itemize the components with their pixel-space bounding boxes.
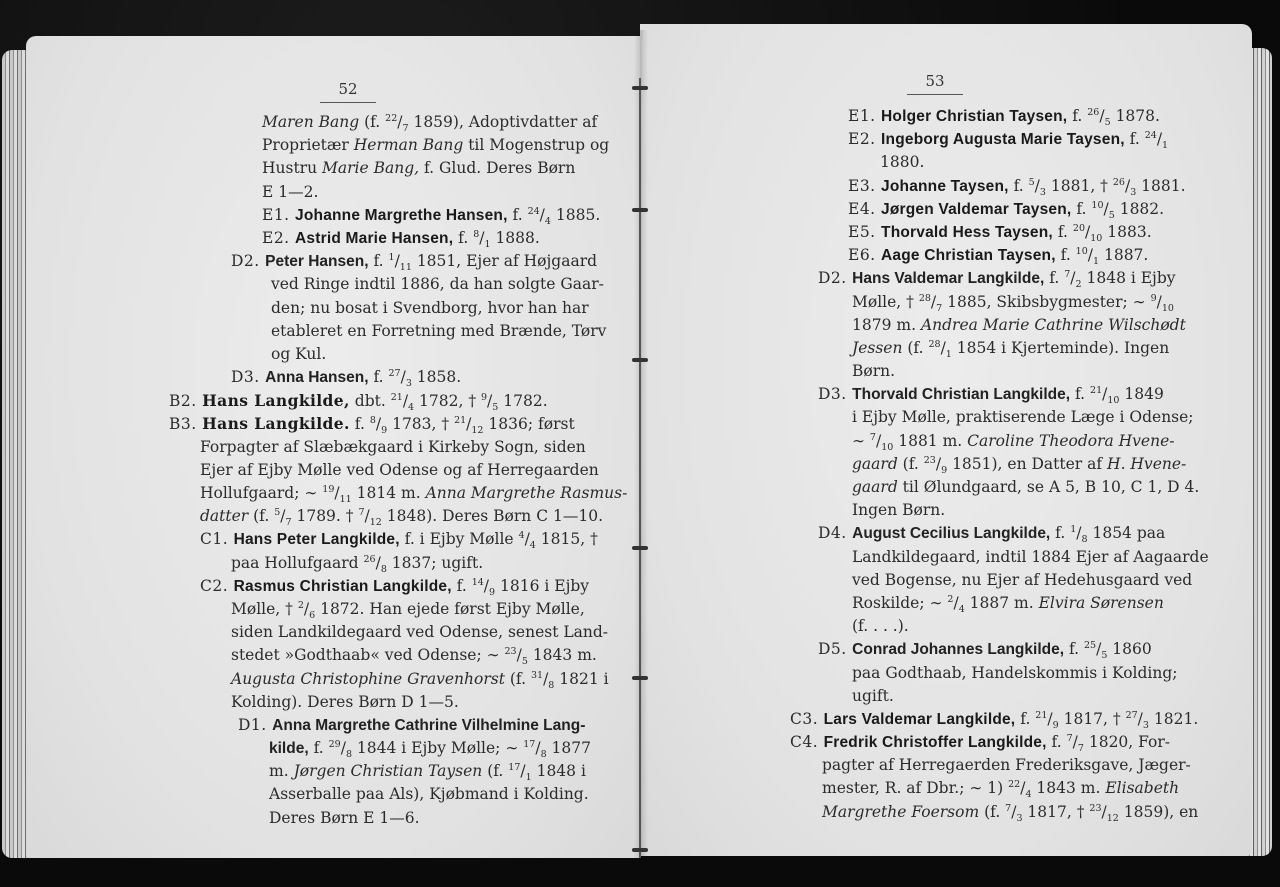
date-fraction: 28/7 <box>919 293 942 311</box>
date-fraction: 24/1 <box>1145 130 1168 148</box>
text-line: Forpagter af Slæbækgaard i Kirkeby Sogn,… <box>26 436 626 459</box>
person-name: Holger Christian Taysen, <box>881 108 1067 125</box>
person-name: Hans Langkilde. <box>202 414 350 433</box>
entry-label: D4. <box>818 524 852 542</box>
text-line: Børn. <box>640 360 1240 383</box>
body-text: (f. <box>482 762 508 780</box>
text-line: E1. Holger Christian Taysen, f. 26/5 187… <box>640 105 1240 128</box>
body-text: 1849 <box>1119 385 1163 403</box>
text-line: gaard (f. 23/9 1851), en Datter af H. Hv… <box>640 453 1240 476</box>
text-line: E1. Johanne Margrethe Hansen, f. 24/4 18… <box>26 204 626 227</box>
body-text: 1815, † <box>536 530 598 548</box>
text-line: D3. Anna Hansen, f. 27/3 1858. <box>26 366 626 389</box>
date-fraction: 7/12 <box>358 507 381 525</box>
body-text: 1854 paa <box>1088 524 1166 542</box>
body-text: dbt. <box>350 392 391 410</box>
body-text: til Mogenstrup og <box>463 136 609 154</box>
date-fraction: 1/11 <box>389 252 412 270</box>
italic-name: Jørgen Christian Taysen <box>294 762 483 780</box>
text-line: Hollufgaard; ∼ 19/11 1814 m. Anna Margre… <box>26 482 626 505</box>
date-fraction: 27/3 <box>1126 710 1149 728</box>
text-line: Deres Børn E 1—6. <box>26 807 626 830</box>
person-name: Conrad Johannes Langkilde, <box>852 641 1064 658</box>
entry-label: D2. <box>231 252 265 270</box>
body-text: 1848). Deres Børn C 1—10. <box>382 507 603 525</box>
text-line: ved Ringe indtil 1886, da han solgte Gaa… <box>26 273 626 296</box>
person-name: Rasmus Christian Langkilde, <box>234 578 452 595</box>
body-text: stedet »Godthaab« ved Odense; ∼ <box>231 646 505 664</box>
person-name: Anna Margrethe Cathrine Vilhelmine Lang- <box>272 717 585 734</box>
body-text: 1872. Han ejede først Ejby Mølle, <box>315 600 585 618</box>
text-line: C2. Rasmus Christian Langkilde, f. 14/9 … <box>26 575 626 598</box>
italic-name: Jessen <box>852 339 902 357</box>
body-text: f. <box>350 415 370 433</box>
body-text: f. <box>1009 177 1029 195</box>
date-fraction: 4/4 <box>519 530 536 548</box>
body-text: (f. <box>248 507 274 525</box>
body-text: (f. <box>505 670 531 688</box>
body-text: Proprietær <box>262 136 354 154</box>
entry-label: D5. <box>818 640 852 658</box>
body-text: (f. <box>902 339 928 357</box>
text-line: C4. Fredrik Christoffer Langkilde, f. 7/… <box>640 731 1240 754</box>
body-text: og Kul. <box>271 345 326 363</box>
date-fraction: 8/9 <box>370 415 387 433</box>
body-text: 1848 i <box>532 762 586 780</box>
body-text: f. <box>1053 223 1073 241</box>
text-line: E2. Astrid Marie Hansen, f. 8/1 1888. <box>26 227 626 250</box>
page-number-left: 52 <box>318 80 378 103</box>
body-text: i Ejby Mølle, praktiserende Læge i Odens… <box>852 408 1194 426</box>
entry-label: E3. <box>848 177 881 195</box>
italic-name: Maren Bang <box>262 113 359 131</box>
body-text: Forpagter af Slæbækgaard i Kirkeby Sogn,… <box>200 438 586 456</box>
date-fraction: 5/3 <box>1029 177 1046 195</box>
body-text: (f. <box>898 455 924 473</box>
text-line: Maren Bang (f. 22/7 1859), Adoptivdatter… <box>26 111 626 134</box>
text-line: m. Jørgen Christian Taysen (f. 17/1 1848… <box>26 760 626 783</box>
body-text: 1859), en <box>1119 803 1198 821</box>
text-line: siden Landkildegaard ved Odense, senest … <box>26 621 626 644</box>
text-line: etableret en Forretning med Brænde, Tørv <box>26 320 626 343</box>
body-text: paa Godthaab, Handelskommis i Kolding; <box>852 664 1178 682</box>
body-text: ugift. <box>852 687 894 705</box>
body-text: 1881 m. <box>893 432 967 450</box>
body-text: 1843 m. <box>1031 779 1105 797</box>
body-text: Hustru <box>262 159 322 177</box>
person-name: Johanne Margrethe Hansen, <box>295 207 508 224</box>
entry-label: B3. <box>169 415 202 433</box>
date-fraction: 10/5 <box>1091 200 1114 218</box>
entry-label: E2. <box>848 130 881 148</box>
body-text: ved Bogense, nu Ejer af Hedehusgaard ved <box>852 571 1192 589</box>
italic-name: gaard <box>852 455 898 473</box>
body-text: 1859), Adoptivdatter af <box>409 113 598 131</box>
date-fraction: 24/4 <box>528 206 551 224</box>
body-text: Mølle, † <box>231 600 298 618</box>
body-text: ved Ringe indtil 1886, da han solgte Gaa… <box>271 275 604 293</box>
text-line: mester, R. af Dbr.; ∼ 1) 22/4 1843 m. El… <box>640 777 1240 800</box>
body-text: f. <box>309 739 329 757</box>
entry-label: E1. <box>848 107 881 125</box>
date-fraction: 7/2 <box>1064 269 1081 287</box>
body-text: f. <box>1070 385 1090 403</box>
date-fraction: 17/8 <box>523 739 546 757</box>
entry-label: E1. <box>262 206 295 224</box>
body-text: pagter af Herregaerden Frederiksgave, Jæ… <box>822 756 1191 774</box>
text-line: Margrethe Foersom (f. 7/3 1817, † 23/12 … <box>640 801 1240 824</box>
italic-name: Elisabeth <box>1105 779 1179 797</box>
entry-label: D1. <box>238 716 272 734</box>
body-text: 1851, Ejer af Højgaard <box>412 252 597 270</box>
body-text: Roskilde; ∼ <box>852 594 947 612</box>
body-text: 1883. <box>1102 223 1151 241</box>
right-page: 53 E1. Holger Christian Taysen, f. 26/5 … <box>640 24 1252 856</box>
person-name: Hans Langkilde, <box>202 391 350 410</box>
date-fraction: 9/10 <box>1151 293 1174 311</box>
text-line: D1. Anna Margrethe Cathrine Vilhelmine L… <box>26 714 626 737</box>
text-line: Kolding). Deres Børn D 1—5. <box>26 691 626 714</box>
body-text: 1817, † <box>1023 803 1090 821</box>
date-fraction: 23/5 <box>505 646 528 664</box>
body-text: Hollufgaard; ∼ <box>200 484 322 502</box>
date-fraction: 1/8 <box>1070 524 1087 542</box>
body-text: 1882. <box>1115 200 1164 218</box>
text-line: 1880. <box>640 151 1240 174</box>
person-name: August Cecilius Langkilde, <box>852 525 1050 542</box>
entry-label: C4. <box>790 733 824 751</box>
text-line: stedet »Godthaab« ved Odense; ∼ 23/5 184… <box>26 644 626 667</box>
body-text: 1881. <box>1136 177 1185 195</box>
body-text: Ingen Børn. <box>852 501 945 519</box>
text-line: Proprietær Herman Bang til Mogenstrup og <box>26 134 626 157</box>
body-text: f. <box>369 252 389 270</box>
text-line: Roskilde; ∼ 2/4 1887 m. Elvira Sørensen <box>640 592 1240 615</box>
binding-knot <box>632 208 648 212</box>
body-text: 1887. <box>1099 246 1148 264</box>
body-text: 1837; ugift. <box>387 554 483 572</box>
date-fraction: 25/5 <box>1084 640 1107 658</box>
body-text: Asserballe paa Als), Kjøbmand i Kolding. <box>269 785 589 803</box>
body-text: paa Hollufgaard <box>231 554 363 572</box>
text-line: Hustru Marie Bang, f. Glud. Deres Børn <box>26 157 626 180</box>
entry-label: E2. <box>262 229 295 247</box>
body-text: til Ølundgaard, se A 5, B 10, C 1, D 4. <box>898 478 1200 496</box>
body-text: 1851), en Datter af <box>947 455 1107 473</box>
text-line: og Kul. <box>26 343 626 366</box>
body-text: 1821 i <box>554 670 608 688</box>
italic-name: Augusta Christophine Gravenhorst <box>231 670 505 688</box>
entry-label: D3. <box>818 385 852 403</box>
text-line: 1879 m. Andrea Marie Cathrine Wilschødt <box>640 314 1240 337</box>
text-line: C3. Lars Valdemar Langkilde, f. 21/9 181… <box>640 708 1240 731</box>
body-text: Børn. <box>852 362 895 380</box>
italic-name: Anna Margrethe Rasmus- <box>426 484 628 502</box>
italic-name: Andrea Marie Cathrine Wilschødt <box>921 316 1186 334</box>
page-number-right: 53 <box>905 72 965 95</box>
body-text: Deres Børn E 1—6. <box>269 809 420 827</box>
body-text: 1783, † <box>387 415 454 433</box>
italic-name: H. Hvene- <box>1107 455 1186 473</box>
date-fraction: 2/4 <box>947 594 964 612</box>
body-text: f. <box>1125 130 1145 148</box>
date-fraction: 20/10 <box>1073 223 1102 241</box>
date-fraction: 22/4 <box>1008 779 1031 797</box>
entry-label: D2. <box>818 269 852 287</box>
entry-label: E5. <box>848 223 881 241</box>
body-text: 1782, † <box>414 392 481 410</box>
text-line: pagter af Herregaerden Frederiksgave, Jæ… <box>640 754 1240 777</box>
text-line: E5. Thorvald Hess Taysen, f. 20/10 1883. <box>640 221 1240 244</box>
date-fraction: 21/12 <box>454 415 483 433</box>
body-text: 1782. <box>498 392 547 410</box>
text-line: B2. Hans Langkilde, dbt. 21/4 1782, † 9/… <box>26 389 626 412</box>
left-page-text: Maren Bang (f. 22/7 1859), Adoptivdatter… <box>26 111 626 830</box>
date-fraction: 31/8 <box>531 670 554 688</box>
entry-label: D3. <box>231 368 265 386</box>
date-fraction: 10/1 <box>1076 246 1099 264</box>
person-name: Jørgen Valdemar Taysen, <box>881 201 1071 218</box>
date-fraction: 5/7 <box>274 507 291 525</box>
person-name: Fredrik Christoffer Langkilde, <box>824 734 1047 751</box>
italic-name: Elvira Sørensen <box>1039 594 1164 612</box>
binding-knot <box>632 86 648 90</box>
binding-thread <box>639 78 641 858</box>
text-line: ∼ 7/10 1881 m. Caroline Theodora Hvene- <box>640 430 1240 453</box>
left-page: 52 Maren Bang (f. 22/7 1859), Adoptivdat… <box>26 36 640 858</box>
text-line: paa Godthaab, Handelskommis i Kolding; <box>640 662 1240 685</box>
text-line: i Ejby Mølle, praktiserende Læge i Odens… <box>640 406 1240 429</box>
body-text: f. <box>1050 524 1070 542</box>
text-line: Augusta Christophine Gravenhorst (f. 31/… <box>26 668 626 691</box>
date-fraction: 2/6 <box>298 600 315 618</box>
person-name: Peter Hansen, <box>265 253 368 270</box>
book-gutter <box>634 30 648 860</box>
binding-knot <box>632 676 648 680</box>
person-name: Hans Peter Langkilde, <box>234 531 400 548</box>
date-fraction: 14/9 <box>472 577 495 595</box>
date-fraction: 26/8 <box>363 554 386 572</box>
body-text: f. Glud. Deres Børn <box>419 159 575 177</box>
text-line: D5. Conrad Johannes Langkilde, f. 25/5 1… <box>640 638 1240 661</box>
body-text: (f. <box>979 803 1005 821</box>
entry-label: C1. <box>200 530 234 548</box>
body-text: mester, R. af Dbr.; ∼ 1) <box>822 779 1008 797</box>
body-text: 1879 m. <box>852 316 921 334</box>
date-fraction: 21/10 <box>1090 385 1119 403</box>
binding-knot <box>632 358 648 362</box>
person-name: Thorvald Hess Taysen, <box>881 224 1053 241</box>
body-text: 1789. † <box>292 507 359 525</box>
date-fraction: 7/7 <box>1067 733 1084 751</box>
body-text: Ejer af Ejby Mølle ved Odense og af Herr… <box>200 461 599 479</box>
text-line: E2. Ingeborg Augusta Marie Taysen, f. 24… <box>640 128 1240 151</box>
date-fraction: 29/8 <box>329 739 352 757</box>
text-line: D3. Thorvald Christian Langkilde, f. 21/… <box>640 383 1240 406</box>
entry-label: E6. <box>848 246 881 264</box>
entry-label: C2. <box>200 577 234 595</box>
person-name: Lars Valdemar Langkilde, <box>824 711 1016 728</box>
entry-label: E4. <box>848 200 881 218</box>
date-fraction: 23/9 <box>924 455 947 473</box>
body-text: siden Landkildegaard ved Odense, senest … <box>231 623 608 641</box>
date-fraction: 21/9 <box>1035 710 1058 728</box>
text-line: datter (f. 5/7 1789. † 7/12 1848). Deres… <box>26 505 626 528</box>
date-fraction: 26/5 <box>1087 107 1110 125</box>
text-line: ugift. <box>640 685 1240 708</box>
body-text: 1885, Skibsbygmester; ∼ <box>942 293 1150 311</box>
body-text: f. <box>1064 640 1084 658</box>
italic-name: datter <box>200 507 248 525</box>
text-line: D4. August Cecilius Langkilde, f. 1/8 18… <box>640 522 1240 545</box>
text-line: Landkildegaard, indtil 1884 Ejer af Aaga… <box>640 546 1240 569</box>
right-page-text: E1. Holger Christian Taysen, f. 26/5 187… <box>640 105 1240 824</box>
body-text: 1820, For- <box>1084 733 1170 751</box>
date-fraction: 17/1 <box>508 762 531 780</box>
entry-label: B2. <box>169 392 202 410</box>
person-name: Anna Hansen, <box>265 369 368 386</box>
text-line: B3. Hans Langkilde. f. 8/9 1783, † 21/12… <box>26 412 626 435</box>
body-text: den; nu bosat i Svendborg, hvor han har <box>271 299 589 317</box>
text-line: Ingen Børn. <box>640 499 1240 522</box>
text-line: gaard til Ølundgaard, se A 5, B 10, C 1,… <box>640 476 1240 499</box>
italic-name: Marie Bang, <box>322 159 419 177</box>
person-name: kilde, <box>269 740 309 757</box>
text-line: den; nu bosat i Svendborg, hvor han har <box>26 297 626 320</box>
body-text: 1817, † <box>1059 710 1126 728</box>
binding-knot <box>632 848 648 852</box>
body-text: f. <box>1071 200 1091 218</box>
text-line: E3. Johanne Taysen, f. 5/3 1881, † 26/3 … <box>640 175 1240 198</box>
body-text: 1844 i Ejby Mølle; ∼ <box>352 739 523 757</box>
body-text: Kolding). Deres Børn D 1—5. <box>231 693 459 711</box>
body-text: f. <box>1044 269 1064 287</box>
body-text: 1887 m. <box>965 594 1039 612</box>
body-text: m. <box>269 762 294 780</box>
body-text: f. <box>508 206 528 224</box>
entry-label: C3. <box>790 710 824 728</box>
date-fraction: 26/3 <box>1113 177 1136 195</box>
person-name: Ingeborg Augusta Marie Taysen, <box>881 131 1125 148</box>
body-text: 1843 m. <box>528 646 597 664</box>
body-text: E 1—2. <box>262 183 318 201</box>
text-line: D2. Peter Hansen, f. 1/11 1851, Ejer af … <box>26 250 626 273</box>
person-name: Thorvald Christian Langkilde, <box>852 386 1070 403</box>
italic-name: Caroline Theodora Hvene- <box>967 432 1174 450</box>
italic-name: Herman Bang <box>354 136 463 154</box>
italic-name: Margrethe Foersom <box>822 803 979 821</box>
body-text: Landkildegaard, indtil 1884 Ejer af Aaga… <box>852 548 1209 566</box>
body-text: 1881, † <box>1046 177 1113 195</box>
body-text: 1885. <box>551 206 600 224</box>
body-text: 1814 m. <box>352 484 426 502</box>
body-text: f. <box>452 577 472 595</box>
body-text: f. i Ejby Mølle <box>400 530 519 548</box>
body-text: Mølle, † <box>852 293 919 311</box>
body-text: 1888. <box>491 229 540 247</box>
body-text: 1816 i Ejby <box>495 577 589 595</box>
body-text: f. <box>1015 710 1035 728</box>
text-line: kilde, f. 29/8 1844 i Ejby Mølle; ∼ 17/8… <box>26 737 626 760</box>
date-fraction: 21/4 <box>391 392 414 410</box>
body-text: 1854 i Kjerteminde). Ingen <box>952 339 1169 357</box>
body-text: f. <box>1067 107 1087 125</box>
date-fraction: 7/3 <box>1005 803 1022 821</box>
italic-name: gaard <box>852 478 898 496</box>
body-text: (f. . . .). <box>852 617 909 635</box>
body-text: f. <box>453 229 473 247</box>
date-fraction: 22/7 <box>385 113 408 131</box>
text-line: paa Hollufgaard 26/8 1837; ugift. <box>26 552 626 575</box>
person-name: Johanne Taysen, <box>881 178 1009 195</box>
text-line: E4. Jørgen Valdemar Taysen, f. 10/5 1882… <box>640 198 1240 221</box>
body-text: 1860 <box>1107 640 1151 658</box>
text-line: C1. Hans Peter Langkilde, f. i Ejby Møll… <box>26 528 626 551</box>
binding-knot <box>632 546 648 550</box>
text-line: Mølle, † 28/7 1885, Skibsbygmester; ∼ 9/… <box>640 291 1240 314</box>
text-line: Mølle, † 2/6 1872. Han ejede først Ejby … <box>26 598 626 621</box>
body-text: 1858. <box>412 368 461 386</box>
body-text: 1880. <box>880 153 924 171</box>
person-name: Aage Christian Taysen, <box>881 247 1056 264</box>
body-text: f. <box>369 368 389 386</box>
body-text: 1848 i Ejby <box>1082 269 1176 287</box>
text-line: Jessen (f. 28/1 1854 i Kjerteminde). Ing… <box>640 337 1240 360</box>
body-text: 1836; først <box>483 415 574 433</box>
body-text: ∼ <box>852 432 870 450</box>
text-line: Asserballe paa Als), Kjøbmand i Kolding. <box>26 783 626 806</box>
date-fraction: 28/1 <box>928 339 951 357</box>
text-line: E 1—2. <box>26 181 626 204</box>
body-text: 1878. <box>1111 107 1160 125</box>
date-fraction: 8/1 <box>473 229 490 247</box>
text-line: E6. Aage Christian Taysen, f. 10/1 1887. <box>640 244 1240 267</box>
body-text: 1877 <box>547 739 591 757</box>
body-text: (f. <box>359 113 385 131</box>
person-name: Astrid Marie Hansen, <box>295 230 453 247</box>
body-text: f. <box>1047 733 1067 751</box>
body-text: etableret en Forretning med Brænde, Tørv <box>271 322 606 340</box>
text-line: D2. Hans Valdemar Langkilde, f. 7/2 1848… <box>640 267 1240 290</box>
body-text: f. <box>1056 246 1076 264</box>
date-fraction: 27/3 <box>388 368 411 386</box>
person-name: Hans Valdemar Langkilde, <box>852 270 1044 287</box>
date-fraction: 7/10 <box>870 432 893 450</box>
body-text: 1821. <box>1149 710 1198 728</box>
date-fraction: 19/11 <box>322 484 351 502</box>
text-line: (f. . . .). <box>640 615 1240 638</box>
text-line: ved Bogense, nu Ejer af Hedehusgaard ved <box>640 569 1240 592</box>
date-fraction: 9/5 <box>481 392 498 410</box>
date-fraction: 23/12 <box>1089 803 1118 821</box>
text-line: Ejer af Ejby Mølle ved Odense og af Herr… <box>26 459 626 482</box>
